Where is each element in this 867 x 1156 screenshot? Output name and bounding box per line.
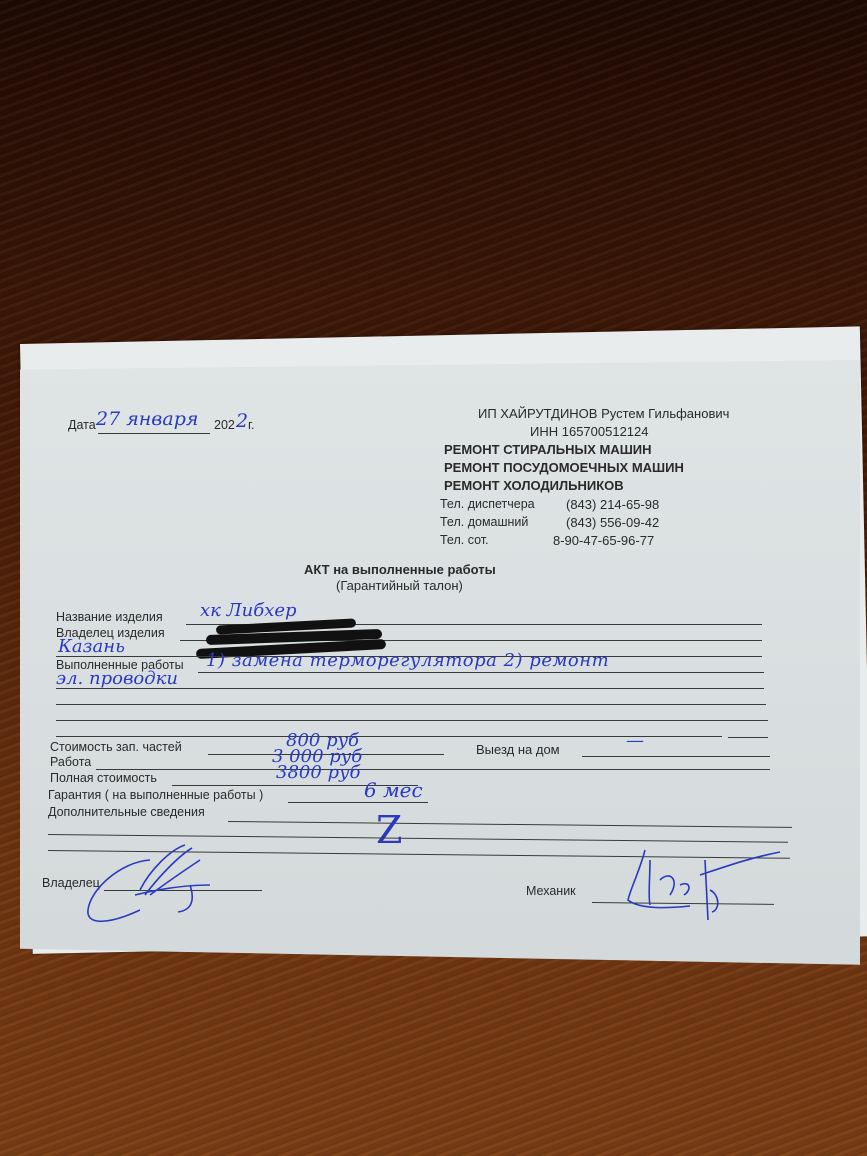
home-visit-line (582, 756, 770, 757)
phone-number-home: (843) 556-09-42 (566, 515, 659, 530)
mechanic-signature (620, 840, 780, 930)
parts-cost-label: Стоимость зап. частей (50, 740, 182, 754)
year-suffix: г. (248, 418, 255, 432)
work-done-value-1: 1) замена терморегулятора 2) ремонт (206, 650, 609, 671)
additional-info-line (228, 821, 792, 828)
warranty-value: 6 мес (364, 778, 423, 802)
total-label: Полная стоимость (50, 771, 157, 785)
warranty-line (288, 802, 428, 803)
blank-line-1 (56, 704, 766, 705)
labor-label: Работа (50, 755, 91, 769)
form-title: АКТ на выполненные работы (304, 562, 496, 577)
total-value: 3800 руб (276, 762, 360, 783)
phone-label-home: Тел. домашний (440, 515, 528, 529)
year-prefix: 202 (214, 418, 235, 432)
home-visit-value: — (626, 730, 644, 751)
mechanic-signature-label: Механик (526, 884, 576, 898)
phone-number-mobile: 8-90-47-65-96-77 (553, 533, 654, 548)
phone-label-dispatcher: Тел. диспетчера (440, 497, 535, 511)
service-line-3: РЕМОНТ ХОЛОДИЛЬНИКОВ (444, 478, 624, 493)
company-owner: ИП ХАЙРУТДИНОВ Рустем Гильфанович (478, 406, 729, 421)
blank-line-3b (728, 737, 768, 738)
warranty-form-sheet: Дата 27 января 202 2 г. ИП ХАЙРУТДИНОВ Р… (20, 360, 860, 1000)
warranty-label: Гарантия ( на выполненные работы ) (48, 788, 263, 802)
form-subtitle: (Гарантийный талон) (336, 578, 463, 593)
phone-number-dispatcher: (843) 214-65-98 (566, 497, 659, 512)
date-handwritten: 27 января (96, 408, 198, 430)
work-done-value-2: эл. проводки (56, 668, 178, 689)
product-name-value: хк Либхер (200, 600, 297, 621)
city-value: Казань (58, 636, 125, 657)
year-handwritten: 2 (236, 410, 248, 432)
work-done-line-2 (56, 688, 764, 689)
work-done-line-1 (198, 672, 764, 673)
additional-info-label: Дополнительные сведения (48, 805, 205, 819)
owner-signature (80, 840, 230, 930)
phone-label-mobile: Тел. сот. (440, 533, 489, 547)
home-visit-label: Выезд на дом (476, 742, 560, 757)
product-name-label: Название изделия (56, 610, 163, 624)
company-inn: ИНН 165700512124 (530, 424, 649, 439)
labor-line (96, 769, 770, 770)
service-line-1: РЕМОНТ СТИРАЛЬНЫХ МАШИН (444, 442, 652, 457)
date-underline (98, 433, 210, 434)
service-line-2: РЕМОНТ ПОСУДОМОЕЧНЫХ МАШИН (444, 460, 684, 475)
blank-line-2 (56, 720, 768, 721)
date-label: Дата (68, 418, 96, 432)
additional-info-z-mark: Z (376, 808, 402, 852)
blank-line-3 (56, 736, 722, 737)
